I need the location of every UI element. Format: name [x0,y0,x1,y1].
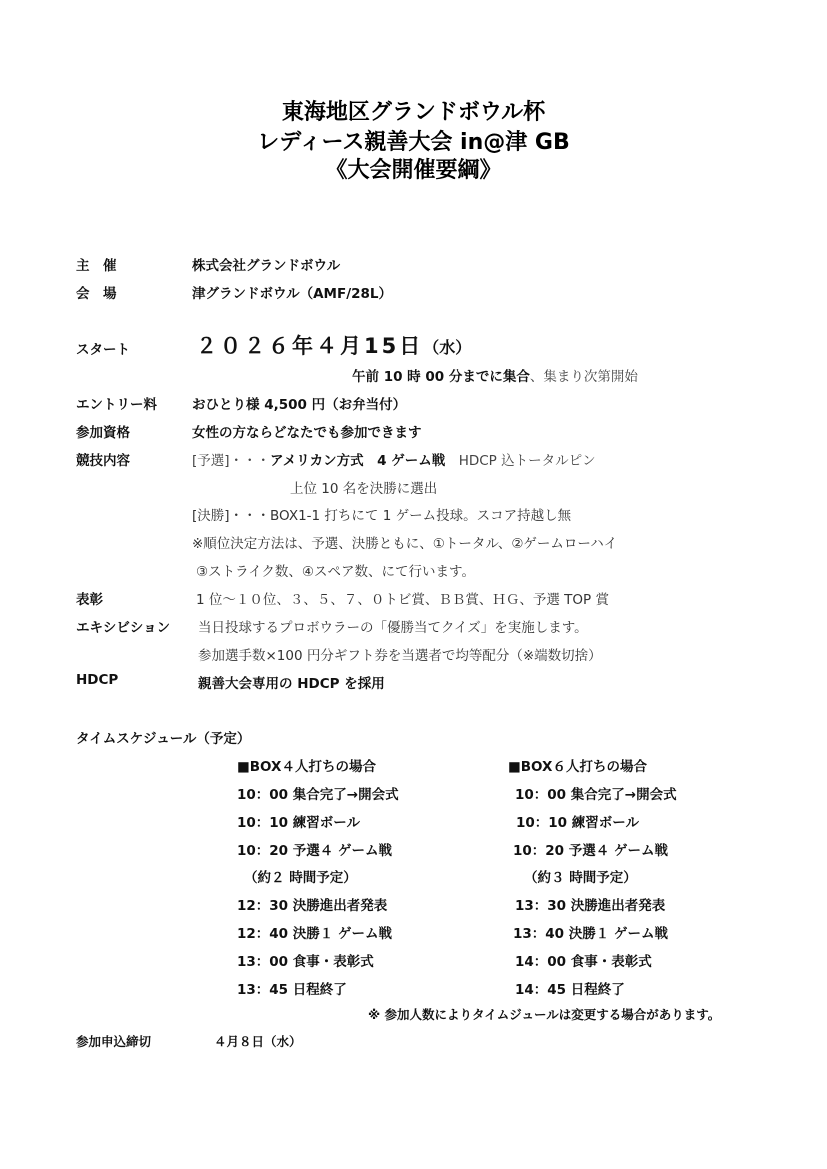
box6-item: 13：40 決勝１ ゲーム戦 [513,922,668,942]
competition-prelim: [予選]・・・アメリカン方式 4 ゲーム戦 HDCP 込トータルピン [192,449,596,469]
ranking-rule-1: ※順位決定方法は、予選、決勝ともに、①トータル、②ゲームローハイ [192,532,617,552]
competition-label: 競技内容 [76,449,130,469]
title-line-2: レディース親善大会 in@津 GB [0,130,827,156]
gather-time: 午前 10 時 00 分までに集合、集まり次第開始 [352,365,638,385]
awards-value: 1 位～１０位、３、５、７、０トビ賞、ＢＢ賞、ＨＧ、予選 TOP 賞 [196,588,609,608]
box4-item: 10：00 集合完了→開会式 [237,783,399,803]
title-line-1: 東海地区グランドボウル杯 [0,100,827,126]
box6-item: （約３ 時間予定） [524,866,637,886]
box4-item: 10：10 練習ボール [237,811,360,831]
hdcp-label: HDCP [76,672,118,688]
box6-item: 10：20 予選４ ゲーム戦 [513,839,668,859]
eligibility-label: 参加資格 [76,421,130,441]
ranking-rule-2: ③ストライク数、④スペア数、にて行います。 [196,560,475,580]
deadline-label: 参加申込締切 [76,1032,151,1050]
start-label: スタート [76,338,130,358]
box4-title: ■BOX４人打ちの場合 [237,755,376,775]
deadline-value: ４月８日（水） [214,1032,302,1050]
entry-fee-label: エントリー料 [76,393,157,413]
final-format: [決勝]・・・BOX1-1 打ちにて 1 ゲーム投球。スコア持越し無 [192,504,571,524]
box4-item: 13：00 食事・表彰式 [237,950,374,970]
prelim-suffix: HDCP 込トータルピン [445,453,595,469]
venue-label: 会 場 [76,282,117,302]
exhibition-line-2: 参加選手数×100 円分ギフト券を当選者で均等配分（※端数切捨） [198,644,602,664]
prelim-note: 上位 10 名を決勝に選出 [290,477,437,497]
box4-item: （約２ 時間予定） [244,866,357,886]
box6-item: 14：45 日程終了 [515,978,625,998]
exhibition-line-1: 当日投球するプロボウラーの「優勝当てクイズ」を実施します。 [198,616,588,636]
gather-time-bold: 午前 10 時 00 分までに集合 [352,369,530,385]
hdcp-value: 親善大会専用の HDCP を採用 [198,672,385,692]
box6-item: 13：30 決勝進出者発表 [515,894,665,914]
organizer-value: 株式会社グランドボウル [192,254,340,274]
box6-item: 10：00 集合完了→開会式 [515,783,677,803]
venue-value: 津グランドボウル（AMF/28L） [192,282,392,302]
box6-item: 14：00 食事・表彰式 [515,950,652,970]
box6-item: 10：10 練習ボール [516,811,639,831]
title-line-3: 《大会開催要綱》 [0,158,827,184]
start-weekday: （水） [423,338,471,357]
exhibition-label: エキシビション [76,616,170,636]
awards-label: 表彰 [76,588,103,608]
prelim-prefix: [予選]・・・ [192,453,270,469]
organizer-label: 主 催 [76,254,117,274]
schedule-heading: タイムスケジュール（予定） [76,727,250,747]
schedule-note: ※ 参加人数によりタイムジュールは変更する場合があります。 [368,1005,720,1023]
gather-time-note: 、集まり次第開始 [530,369,638,385]
start-date-value: ２０２６年４月15日 [196,334,423,358]
box4-item: 10：20 予選４ ゲーム戦 [237,839,392,859]
box4-item: 13：45 日程終了 [237,978,347,998]
box6-title: ■BOX６人打ちの場合 [508,755,647,775]
start-date: ２０２６年４月15日（水） [196,330,471,360]
prelim-format: アメリカン方式 4 ゲーム戦 [270,453,445,469]
box4-item: 12：40 決勝１ ゲーム戦 [237,922,392,942]
box4-item: 12：30 決勝進出者発表 [237,894,387,914]
eligibility-value: 女性の方ならどなたでも参加できます [192,421,422,441]
entry-fee-value: おひとり様 4,500 円（お弁当付） [192,393,406,413]
